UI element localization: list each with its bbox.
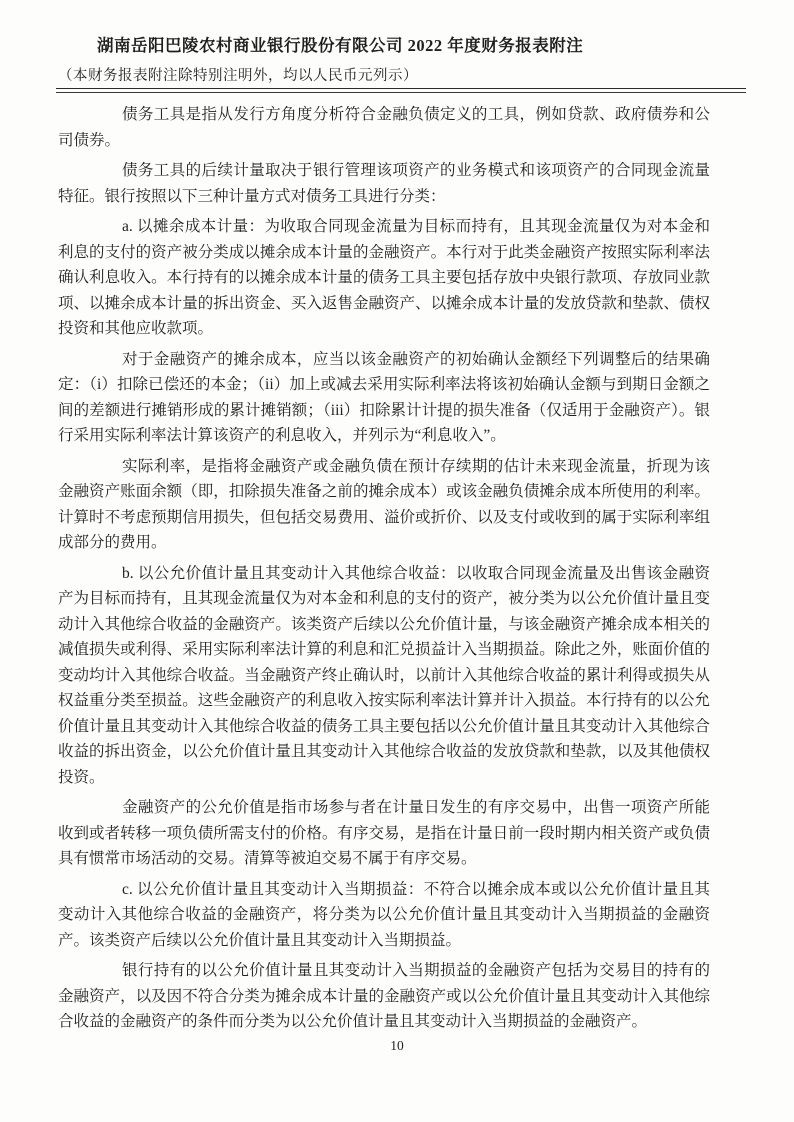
paragraph-fair-value-definition: 金融资产的公允价值是指市场参与者在计量日发生的有序交易中，出售一项资产所能收到或…: [58, 795, 710, 872]
document-body: 债务工具是指从发行方角度分析符合金融负债定义的工具，例如贷款、政府债券和公司债券…: [58, 102, 710, 1035]
document-page: 湖南岳阳巴陵农村商业银行股份有限公司 2022 年度财务报表附注 （本财务报表附…: [0, 0, 794, 1122]
header-double-rule: [56, 88, 746, 93]
paragraph-c-fvtpl: c. 以公允价值计量且其变动计入当期损益：不符合以摊余成本或以公允价值计量且其变…: [58, 877, 710, 954]
paragraph-subsequent-measurement-intro: 债务工具的后续计量取决于银行管理该项资产的业务模式和该项资产的合同现金流量特征。…: [58, 158, 710, 209]
document-title: 湖南岳阳巴陵农村商业银行股份有限公司 2022 年度财务报表附注: [97, 36, 710, 56]
paragraph-effective-interest-rate: 实际利率，是指将金融资产或金融负债在预计存续期的估计未来现金流量，折现为该金融资…: [58, 454, 710, 556]
paragraph-b-fvoci: b. 以公允价值计量且其变动计入其他综合收益：以收取合同现金流量及出售该金融资产…: [58, 561, 710, 791]
paragraph-amortized-cost-determination: 对于金融资产的摊余成本，应当以该金融资产的初始确认金额经下列调整后的结果确定：（…: [58, 347, 710, 449]
page-header: 湖南岳阳巴陵农村商业银行股份有限公司 2022 年度财务报表附注 （本财务报表附…: [58, 36, 710, 93]
page-number: 10: [0, 1038, 794, 1054]
document-subtitle: （本财务报表附注除特别注明外，均以人民币元列示）: [58, 67, 710, 85]
paragraph-a-amortized-cost: a. 以摊余成本计量：为收取合同现金流量为目标而持有，且其现金流量仅为对本金和利…: [58, 214, 710, 342]
paragraph-fvtpl-holdings: 银行持有的以公允价值计量且其变动计入当期损益的金融资产包括为交易目的持有的金融资…: [58, 958, 710, 1035]
paragraph-debt-instrument-definition: 债务工具是指从发行方角度分析符合金融负债定义的工具，例如贷款、政府债券和公司债券…: [58, 102, 710, 153]
